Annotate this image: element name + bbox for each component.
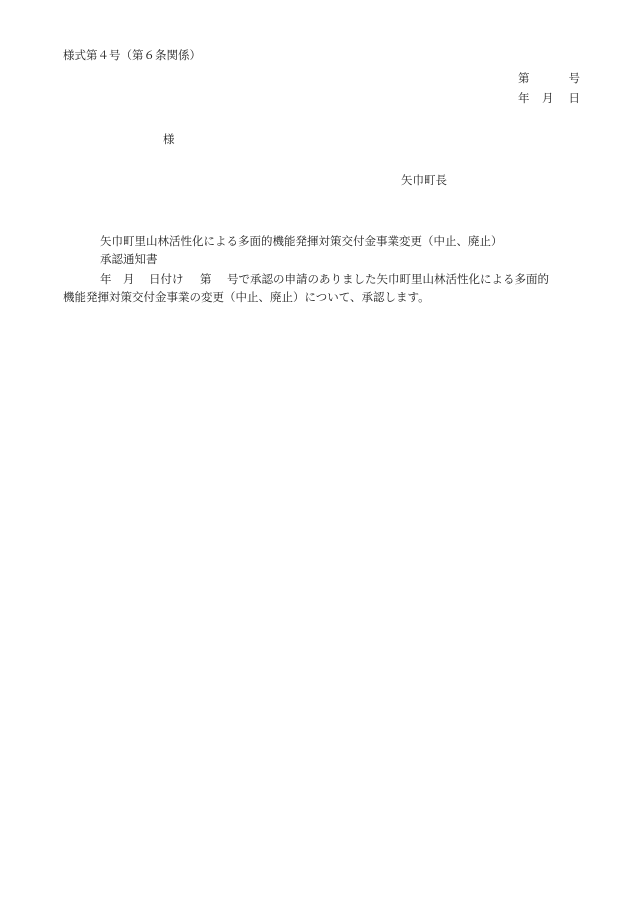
recipient: 様: [163, 131, 175, 147]
body-day-dated: 日付け: [149, 271, 200, 287]
date-month: 月: [542, 90, 554, 106]
form-number: 様式第４号（第６条関係）: [63, 47, 201, 63]
body-text-line-1: 年月日付け第号で承認の申請のありました矢巾町里山林活性化による多面的: [100, 271, 549, 287]
document-title-line-2: 承認通知書: [100, 251, 158, 267]
date-year: 年: [518, 90, 530, 106]
document-title-line-1: 矢巾町里山林活性化による多面的機能発揮対策交付金事業変更（中止、廃止）: [100, 233, 503, 249]
body-text-line-2: 機能発揮対策交付金事業の変更（中止、廃止）について、承認します。: [63, 289, 430, 305]
body-year: 年: [100, 271, 123, 287]
issuer: 矢巾町長: [401, 172, 447, 188]
date-day: 日: [569, 90, 581, 106]
body-month: 月: [123, 271, 149, 287]
document-number-prefix: 第: [518, 70, 530, 86]
document-number-suffix: 号: [569, 70, 581, 86]
body-line-1-rest: 号で承認の申請のありました矢巾町里山林活性化による多面的: [227, 272, 549, 286]
body-number-prefix: 第: [200, 271, 227, 287]
